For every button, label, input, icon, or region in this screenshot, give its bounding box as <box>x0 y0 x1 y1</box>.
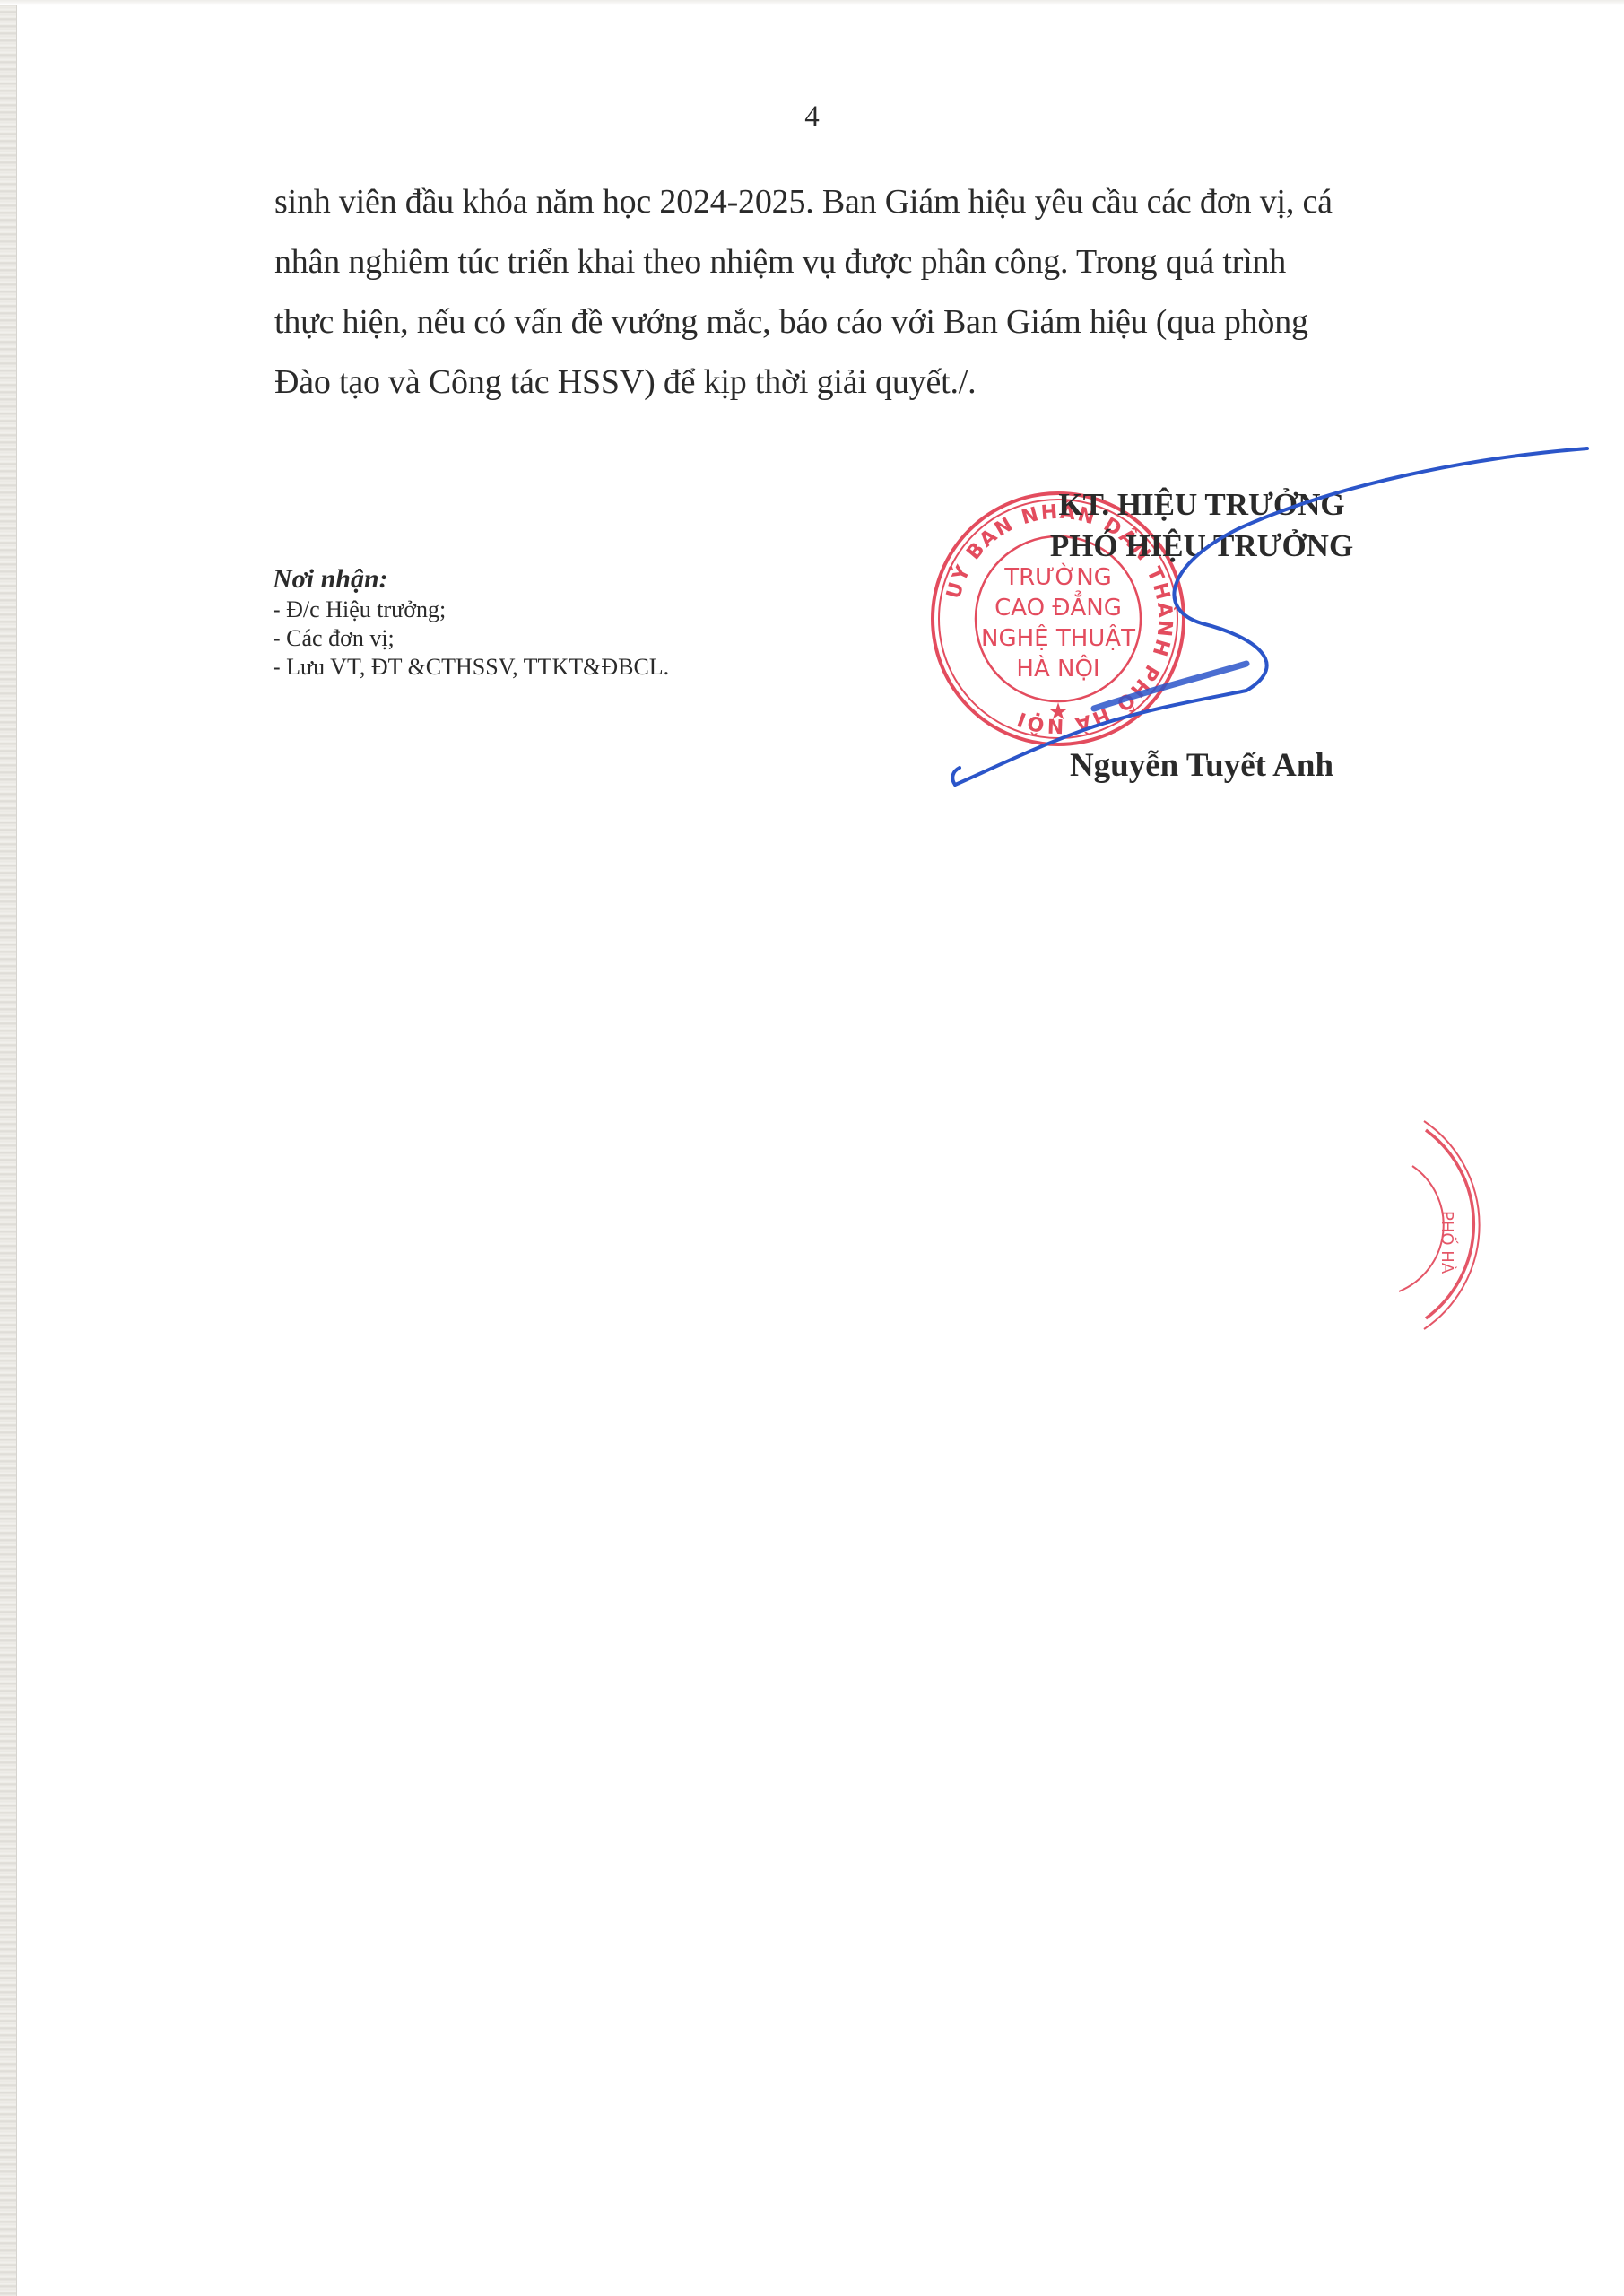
signer-name: Nguyễn Tuyết Anh <box>986 746 1417 785</box>
recipients-list: - Đ/c Hiệu trưởng; - Các đơn vị; - Lưu V… <box>273 596 900 682</box>
recipient-item: - Lưu VT, ĐT &CTHSSV, TTKT&ĐBCL. <box>273 653 900 682</box>
body-paragraph: sinh viên đầu khóa năm học 2024-2025. Ba… <box>274 172 1507 413</box>
seal-inner-line: CAO ĐẲNG <box>994 589 1122 622</box>
body-line: nhân nghiêm túc triển khai theo nhiệm vụ… <box>274 232 1507 292</box>
seal-inner-line: HÀ NỘI <box>1016 654 1099 683</box>
body-line: Đào tạo và Công tác HSSV) để kịp thời gi… <box>274 352 1507 413</box>
scan-edge-artifact <box>0 0 17 2296</box>
recipient-item: - Các đơn vị; <box>273 624 900 653</box>
page-number: 4 <box>0 100 1624 134</box>
signature-title-line-1: KT. HIỆU TRƯỞNG <box>986 484 1417 526</box>
recipients-heading: Nơi nhận: <box>273 563 900 596</box>
signature-title-line-2: PHÓ HIỆU TRƯỞNG <box>986 526 1417 567</box>
partial-seal-icon: PHỐ HÀ <box>1372 1094 1624 1345</box>
recipients-block: Nơi nhận: - Đ/c Hiệu trưởng; - Các đơn v… <box>273 563 900 682</box>
signature-title: KT. HIỆU TRƯỞNG PHÓ HIỆU TRƯỞNG <box>986 484 1417 567</box>
svg-text:★: ★ <box>1047 699 1068 726</box>
body-line: sinh viên đầu khóa năm học 2024-2025. Ba… <box>274 172 1507 232</box>
scan-top-artifact <box>0 0 1624 5</box>
partial-seal-text: PHỐ HÀ <box>1437 1211 1459 1274</box>
recipient-item: - Đ/c Hiệu trưởng; <box>273 596 900 624</box>
seal-inner-line: NGHỆ THUẬT <box>981 623 1135 652</box>
body-line: thực hiện, nếu có vấn đề vướng mắc, báo … <box>274 292 1507 352</box>
